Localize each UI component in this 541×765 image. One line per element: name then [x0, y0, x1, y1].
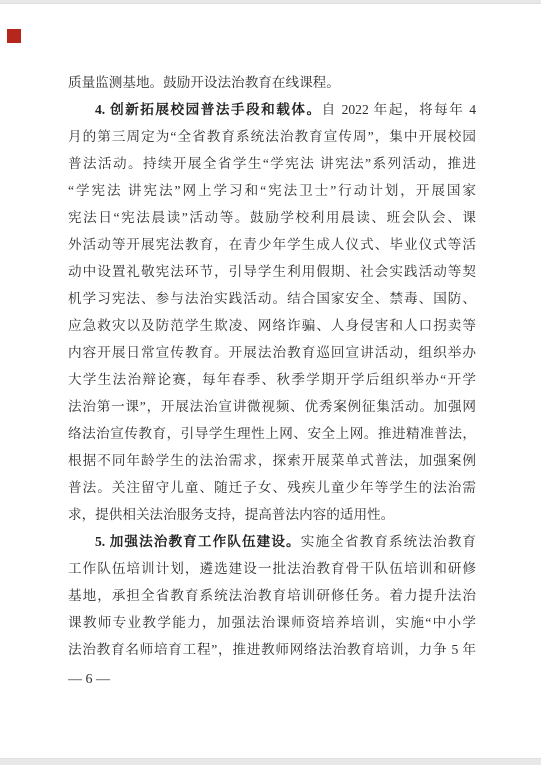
text-line: 普法。关注留守儿童、随迁子女、残疾儿童少年等学生的法治需 [68, 474, 476, 501]
text-line: 质量监测基地。鼓励开设法治教育在线课程。 [68, 69, 476, 96]
text-run: 宪法日“宪法晨读”活动等。鼓励学校利用晨读、班会队会、课 [68, 210, 476, 225]
text-line: 月的第三周定为“全省教育系统法治教育宣传周”，集中开展校园 [68, 123, 476, 150]
page-number: — 6 — [68, 666, 110, 693]
text-line: 课教师专业教学能力，加强法治课师资培养培训，实施“中小学 [68, 609, 476, 636]
text-run: 实施全省教育系统法治教育 [301, 534, 476, 549]
text-line: 基地，承担全省教育系统法治教育培训研修任务。着力提升法治 [68, 582, 476, 609]
text-run: 普法活动。持续开展全省学生“学宪法 讲宪法”系列活动，推进 [68, 156, 476, 171]
text-run: 根据不同年龄学生的法治需求，探索开展菜单式普法，加强案例 [68, 453, 476, 468]
text-line: 求，提供相关法治服务支持，提高普法内容的适用性。 [68, 501, 476, 528]
scan-edge-top [0, 0, 541, 4]
text-line: 应急救灾以及防范学生欺凌、网络诈骗、人身侵害和人口拐卖等 [68, 312, 476, 339]
text-run: 外活动等开展宪法教育，在青少年学生成人仪式、毕业仪式等活 [68, 237, 476, 252]
text-line: 4. 创新拓展校园普法手段和载体。自 2022 年起，将每年 4 [68, 96, 476, 123]
text-line: “学宪法 讲宪法”网上学习和“宪法卫士”行动计划，开展国家 [68, 177, 476, 204]
text-run: 自 2022 年起，将每年 4 [322, 102, 476, 117]
text-line: 大学生法治辩论赛，每年春季、秋季学期开学后组织举办“开学 [68, 366, 476, 393]
text-line: 法治教育名师培育工程”，推进教师网络法治教育培训，力争 5 年 [68, 636, 476, 663]
text-run: 求，提供相关法治服务支持，提高普法内容的适用性。 [68, 507, 394, 522]
heading-run: 5. 加强法治教育工作队伍建设。 [95, 534, 301, 549]
document-body: 质量监测基地。鼓励开设法治教育在线课程。4. 创新拓展校园普法手段和载体。自 2… [68, 69, 476, 663]
text-run: 内容开展日常宣传教育。开展法治教育巡回宣讲活动，组织举办 [68, 345, 476, 360]
text-run: 动中设置礼敬宪法环节，引导学生利用假期、社会实践活动等契 [68, 264, 476, 279]
text-run: 法治第一课”，开展法治宣讲微视频、优秀案例征集活动。加强网 [68, 399, 476, 414]
text-line: 根据不同年龄学生的法治需求，探索开展菜单式普法，加强案例 [68, 447, 476, 474]
text-run: 机学习宪法、参与法治实践活动。结合国家安全、禁毒、国防、 [68, 291, 476, 306]
text-line: 机学习宪法、参与法治实践活动。结合国家安全、禁毒、国防、 [68, 285, 476, 312]
text-line: 5. 加强法治教育工作队伍建设。实施全省教育系统法治教育 [68, 528, 476, 555]
text-run: 质量监测基地。鼓励开设法治教育在线课程。 [68, 75, 340, 90]
text-run: 法治教育名师培育工程”，推进教师网络法治教育培训，力争 5 年 [68, 642, 476, 657]
scan-edge-bottom [0, 758, 541, 765]
red-marker [7, 29, 21, 43]
text-run: 应急救灾以及防范学生欺凌、网络诈骗、人身侵害和人口拐卖等 [68, 318, 476, 333]
text-run: “学宪法 讲宪法”网上学习和“宪法卫士”行动计划，开展国家 [68, 183, 476, 198]
text-line: 工作队伍培训计划，遴选建设一批法治教育骨干队伍培训和研修 [68, 555, 476, 582]
text-line: 络法治宣传教育，引导学生理性上网、安全上网。推进精准普法， [68, 420, 476, 447]
text-run: 基地，承担全省教育系统法治教育培训研修任务。着力提升法治 [68, 588, 476, 603]
heading-run: 4. 创新拓展校园普法手段和载体。 [95, 102, 322, 117]
text-run: 络法治宣传教育，引导学生理性上网、安全上网。推进精准普法， [68, 426, 476, 441]
text-run: 月的第三周定为“全省教育系统法治教育宣传周”，集中开展校园 [68, 129, 476, 144]
document-page: 质量监测基地。鼓励开设法治教育在线课程。4. 创新拓展校园普法手段和载体。自 2… [0, 0, 541, 765]
text-run: 工作队伍培训计划，遴选建设一批法治教育骨干队伍培训和研修 [68, 561, 476, 576]
text-line: 宪法日“宪法晨读”活动等。鼓励学校利用晨读、班会队会、课 [68, 204, 476, 231]
text-line: 内容开展日常宣传教育。开展法治教育巡回宣讲活动，组织举办 [68, 339, 476, 366]
text-run: 课教师专业教学能力，加强法治课师资培养培训，实施“中小学 [68, 615, 476, 630]
text-run: 普法。关注留守儿童、随迁子女、残疾儿童少年等学生的法治需 [68, 480, 476, 495]
text-line: 普法活动。持续开展全省学生“学宪法 讲宪法”系列活动，推进 [68, 150, 476, 177]
text-run: 大学生法治辩论赛，每年春季、秋季学期开学后组织举办“开学 [68, 372, 476, 387]
text-line: 动中设置礼敬宪法环节，引导学生利用假期、社会实践活动等契 [68, 258, 476, 285]
text-line: 法治第一课”，开展法治宣讲微视频、优秀案例征集活动。加强网 [68, 393, 476, 420]
text-line: 外活动等开展宪法教育，在青少年学生成人仪式、毕业仪式等活 [68, 231, 476, 258]
